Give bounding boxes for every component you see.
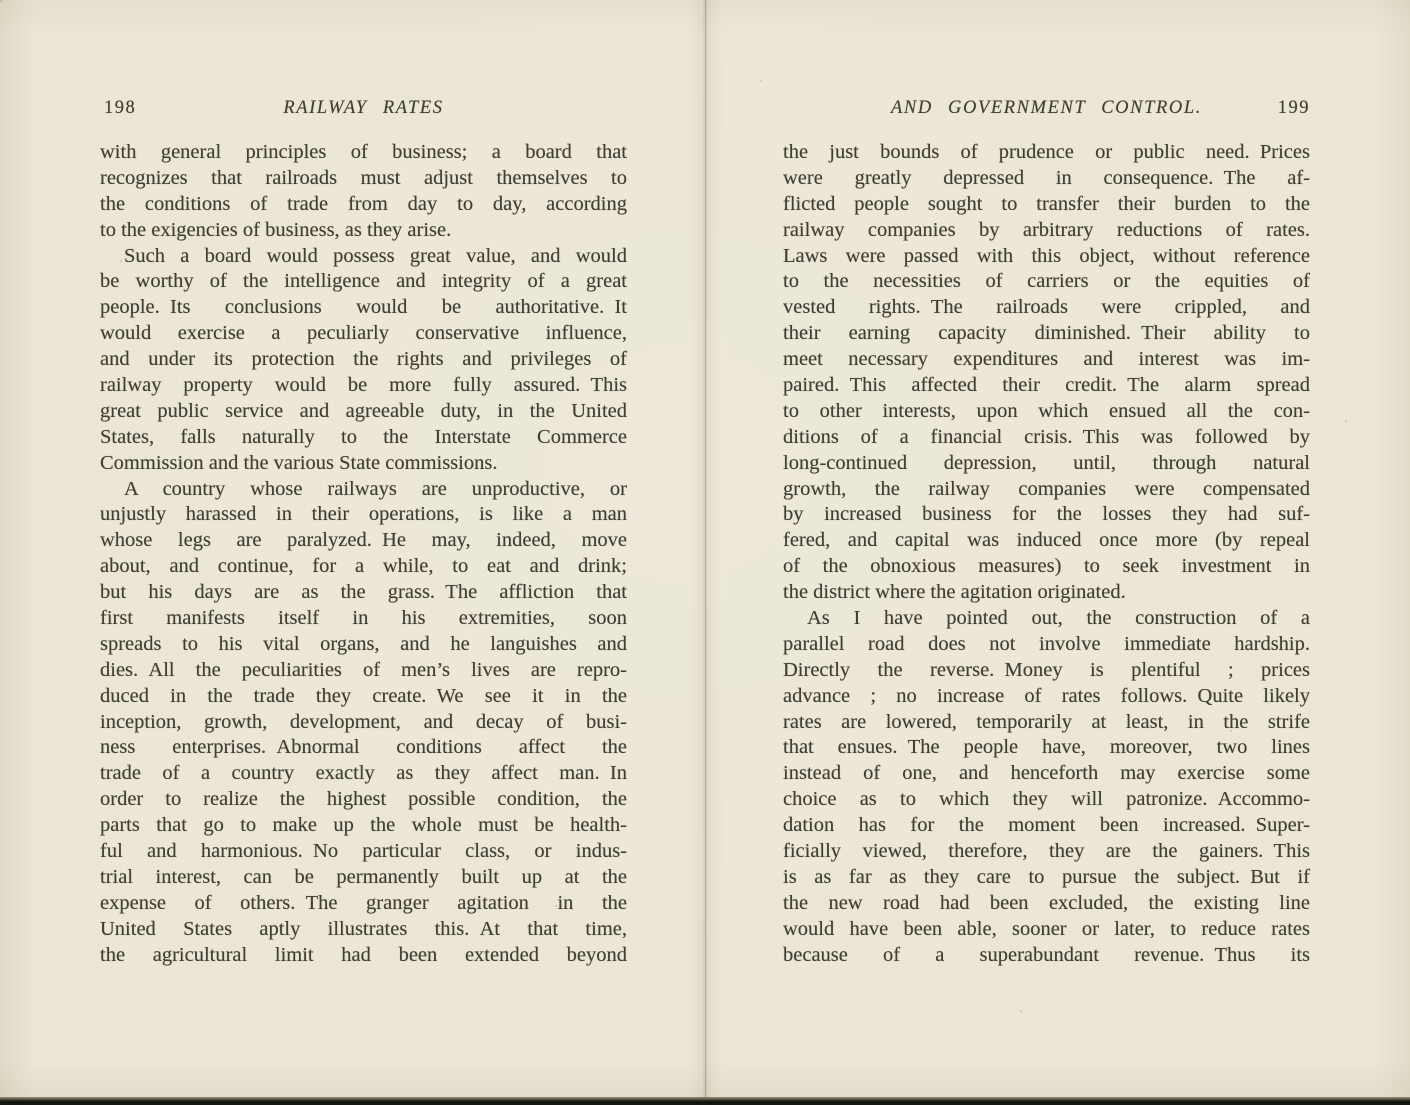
text-line: spreads to his vital organs, and he lang… (100, 632, 627, 658)
text-line: the new road had been excluded, the exis… (783, 891, 1310, 917)
text-line: fered, and capital was induced once more… (783, 528, 1310, 554)
text-line: that ensues. The people have, moreover, … (783, 735, 1310, 761)
text-line: unjustly harassed in their operations, i… (100, 502, 627, 528)
text-line: the district where the agitation origina… (783, 580, 1310, 606)
text-line: paired. This affected their credit. The … (783, 373, 1310, 399)
text-line: of the obnoxious measures) to seek inves… (783, 554, 1310, 580)
text-line: Such a board would possess great value, … (100, 244, 627, 270)
text-line: by increased business for the losses the… (783, 502, 1310, 528)
text-line: great public service and agreeable duty,… (100, 399, 627, 425)
text-line: growth, the railway companies were compe… (783, 477, 1310, 503)
text-line: the agricultural limit had been extended… (100, 943, 627, 969)
text-line: first manifests itself in his extremitie… (100, 606, 627, 632)
text-line: people. Its conclusions would be authori… (100, 295, 627, 321)
text-line: railway companies by arbitrary reduction… (783, 218, 1310, 244)
text-line: ful and harmonious. No particular class,… (100, 839, 627, 865)
right-running-head: AND GOVERNMENT CONTROL. (783, 98, 1310, 119)
text-line: Commission and the various State commiss… (100, 451, 627, 477)
scan-bottom-edge (0, 1097, 1410, 1105)
text-line: ficially viewed, therefore, they are the… (783, 839, 1310, 865)
text-line: the conditions of trade from day to day,… (100, 192, 627, 218)
text-line: inception, growth, development, and deca… (100, 710, 627, 736)
text-line: duced in the trade they create. We see i… (100, 684, 627, 710)
text-line: would have been able, sooner or later, t… (783, 917, 1310, 943)
book-scan: 198 RAILWAY RATES AND GOVERNMENT CONTROL… (0, 0, 1410, 1105)
left-text-column: with general principles of business; a b… (100, 140, 627, 969)
text-line: instead of one, and henceforth may exerc… (783, 761, 1310, 787)
text-line: and under its protection the rights and … (100, 347, 627, 373)
text-line: to the exigencies of business, as they a… (100, 218, 627, 244)
page-gutter-crease (688, 0, 724, 1098)
left-running-head: RAILWAY RATES (100, 98, 627, 119)
text-line: As I have pointed out, the construction … (783, 606, 1310, 632)
text-line: dation has for the moment been increased… (783, 813, 1310, 839)
text-line: recognizes that railroads must adjust th… (100, 166, 627, 192)
text-line: United States aptly illustrates this. At… (100, 917, 627, 943)
text-line: expense of others. The granger agitation… (100, 891, 627, 917)
text-line: whose legs are paralyzed. He may, indeed… (100, 528, 627, 554)
text-line: parts that go to make up the whole must … (100, 813, 627, 839)
text-line: vested rights. The railroads were crippl… (783, 295, 1310, 321)
text-line: be worthy of the intelligence and integr… (100, 269, 627, 295)
text-line: order to realize the highest possible co… (100, 787, 627, 813)
text-line: to other interests, upon which ensued al… (783, 399, 1310, 425)
text-line: rates are lowered, temporarily at least,… (783, 710, 1310, 736)
text-line: were greatly depressed in consequence. T… (783, 166, 1310, 192)
text-line: advance ; no increase of rates follows. … (783, 684, 1310, 710)
text-line: long-continued depression, until, throug… (783, 451, 1310, 477)
text-line: A country whose railways are unproductiv… (100, 477, 627, 503)
right-text-column: the just bounds of prudence or public ne… (783, 140, 1310, 969)
text-line: States, falls naturally to the Interstat… (100, 425, 627, 451)
text-line: is as far as they care to pursue the sub… (783, 865, 1310, 891)
text-line: trade of a country exactly as they affec… (100, 761, 627, 787)
text-line: parallel road does not involve immediate… (783, 632, 1310, 658)
paper-speckles (0, 0, 2, 2)
text-line: their earning capacity diminished. Their… (783, 321, 1310, 347)
text-line: the just bounds of prudence or public ne… (783, 140, 1310, 166)
text-line: railway property would be more fully ass… (100, 373, 627, 399)
left-page-header: 198 RAILWAY RATES (100, 98, 627, 124)
text-line: to the necessities of carriers or the eq… (783, 269, 1310, 295)
text-line: would exercise a peculiarly conservative… (100, 321, 627, 347)
text-line: but his days are as the grass. The affli… (100, 580, 627, 606)
text-line: trial interest, can be permanently built… (100, 865, 627, 891)
right-page-number: 199 (1278, 98, 1310, 119)
text-line: with general principles of business; a b… (100, 140, 627, 166)
right-page-header: AND GOVERNMENT CONTROL. 199 (783, 98, 1310, 124)
text-line: ness enterprises. Abnormal conditions af… (100, 735, 627, 761)
text-line: dies. All the peculiarities of men’s liv… (100, 658, 627, 684)
text-line: about, and continue, for a while, to eat… (100, 554, 627, 580)
text-line: flicted people sought to transfer their … (783, 192, 1310, 218)
text-line: ditions of a financial crisis. This was … (783, 425, 1310, 451)
text-line: meet necessary expenditures and interest… (783, 347, 1310, 373)
text-line: choice as to which they will patronize. … (783, 787, 1310, 813)
text-line: Directly the reverse. Money is plentiful… (783, 658, 1310, 684)
text-line: because of a superabundant revenue. Thus… (783, 943, 1310, 969)
text-line: Laws were passed with this object, witho… (783, 244, 1310, 270)
